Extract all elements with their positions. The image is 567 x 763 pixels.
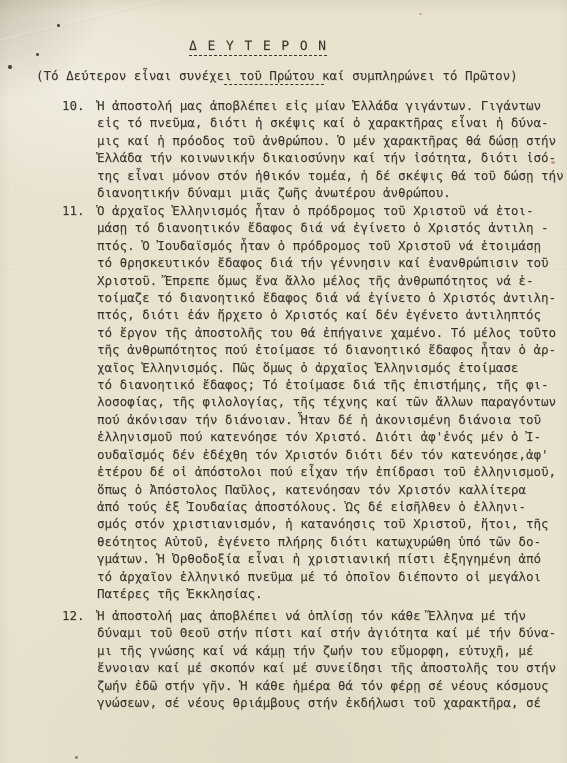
paragraph-line: Ἡ ἀποστολή μας ἀποβλέπει νά ὁπλίσῃ τόν κ… bbox=[97, 607, 562, 624]
paragraph-12: 12. Ἡ ἀποστολή μας ἀποβλέπει νά ὁπλίσῃ τ… bbox=[62, 607, 562, 711]
paragraph-10: 10. Ἡ ἀποστολή μας ἀποβλέπει εἰς μίαν Ἑλ… bbox=[62, 97, 562, 201]
paragraph-line: μάσῃ τό διανοητικόν ἔδαφος διά νά ἐγίνετ… bbox=[97, 219, 562, 236]
paragraph-line: δύναμι τοῦ Θεοῦ στήν πίστι καί στήν ἁγιό… bbox=[97, 624, 562, 641]
paragraph-line: πτός, διότι ἐάν ἤρχετο ὁ Χριστός καί δέν… bbox=[97, 306, 562, 323]
subtitle-underline bbox=[224, 84, 324, 85]
paragraph-line: μι τῆς γνώσης καί νά κάμῃ τήν ζωήν του ε… bbox=[97, 642, 562, 659]
paragraph-line: θεότητος Αὐτοῦ, ἐγένετο πλήρης διότι κατ… bbox=[97, 533, 562, 550]
paragraph-line: γνώσεων, σέ νέους θριάμβους στήν ἐκδήλωσ… bbox=[97, 694, 562, 711]
paper-speck bbox=[419, 13, 422, 15]
paragraph-line: ἑλληνισμοῦ πού κατενόησε τόν Χριστό. Διό… bbox=[97, 428, 562, 445]
paragraph-line: τῆς ἀνθρωπότητος πού ἑτοίμασε τό διανοητ… bbox=[97, 341, 562, 358]
paper-speck bbox=[57, 24, 60, 27]
paragraph-line: ζωήν ἐδῶ στήν γῆν. Ἡ κάθε ἡμέρα θά τόν φ… bbox=[97, 677, 562, 694]
paragraph-line: εἰς τό πνεῦμα, διότι ἡ σκέψις καί ὁ χαρα… bbox=[97, 114, 562, 131]
paragraph-line: Ἑλλάδα τήν κοινωνικήν δικαιοσύνην καί τή… bbox=[97, 149, 562, 166]
paragraph-line: ἑτέρου δέ οἱ ἀπόστολοι πού εἶχαν τήν ἐπί… bbox=[97, 463, 562, 480]
paragraph-number: 11. bbox=[62, 202, 85, 219]
paragraph-line: Χριστοῦ. Ἔπρεπε ὅμως ἕνα ἄλλο μέλος τῆς … bbox=[97, 272, 562, 289]
paragraph-line: ὅπως ὁ Ἀπόστολος Παῦλος, κατενόησαν τόν … bbox=[97, 481, 562, 498]
paragraph-line: Πατέρες τῆς Ἐκκλησίας. bbox=[97, 585, 562, 602]
page-subtitle: (Τό Δεύτερον εἶναι συνέχει τοῦ Πρώτου κα… bbox=[36, 68, 518, 83]
paragraph-line: χαῖος Ἑλληνισμός. Πῶς ὅμως ὁ ἀρχαῖος Ἑλλ… bbox=[97, 359, 562, 376]
paper-speck bbox=[36, 53, 39, 56]
paragraph-line: πού ἀκόνισαν τήν διάνοιαν. Ἦταν δέ ἡ ἀκο… bbox=[97, 411, 562, 428]
paragraph-line: ἔννοιαν καί μέ σκοπόν καί μέ συνείδησι τ… bbox=[97, 659, 562, 676]
paragraph-line: τό ἀρχαῖον ἑλληνικό πνεῦμα μέ τό ὁποῖον … bbox=[97, 568, 562, 585]
paragraph-line: Ὁ ἀρχαῖος Ἑλληνισμός ἦταν ὁ πρόδρομος το… bbox=[97, 202, 562, 219]
paragraph-11: 11. Ὁ ἀρχαῖος Ἑλληνισμός ἦταν ὁ πρόδρομο… bbox=[62, 202, 562, 602]
paragraph-line: τοίμαζε τό διανοητικό ἔδαφος διά νά ἐγίν… bbox=[97, 289, 562, 306]
page-title: Δ Ε Υ Τ Ε Ρ Ο Ν bbox=[189, 39, 327, 56]
paragraph-number: 10. bbox=[62, 97, 85, 114]
paragraph-line: μις καί ἡ πρόοδος τοῦ ἀνθρώπου. Ὁ μέν χα… bbox=[97, 132, 562, 149]
paragraph-line: πτός. Ὁ Ἰουδαϊσμός ἦταν ὁ πρόδρομος τοῦ … bbox=[97, 237, 562, 254]
paragraph-line: σμός στόν χριστιανισμόν, ἡ κατανόησις το… bbox=[97, 515, 562, 532]
paragraph-line: ἀπό τούς ἐξ Ἰουδαίας ἀποστόλους. Ὡς δέ ε… bbox=[97, 498, 562, 515]
paper-speck bbox=[75, 756, 78, 759]
paragraph-line: Ἡ ἀποστολή μας ἀποβλέπει εἰς μίαν Ἑλλάδα… bbox=[97, 97, 562, 114]
paragraph-line: λοσοφίας, τῆς φιλολογίας, τῆς τέχνης καί… bbox=[97, 393, 562, 410]
paragraph-line: ουδαϊσμός δέν ἐδέχθη τόν Χριστόν διότι δ… bbox=[97, 446, 562, 463]
paragraph-line: τό ἔργον τῆς ἀποστολῆς του θά ἐπήγαινε χ… bbox=[97, 324, 562, 341]
paragraph-number: 12. bbox=[62, 607, 85, 624]
paragraph-line: τό διανοητικό ἔδαφος; Τό ἑτοίμασε διά τῆ… bbox=[97, 376, 562, 393]
paper-speck bbox=[8, 65, 12, 69]
paragraph-line: διανοητικήν δύναμι μιᾶς ζωῆς ἀνωτέρου ἀν… bbox=[97, 184, 562, 201]
paragraph-line: γμάτων. Ἡ Ὀρθοδοξία εἶναι ἡ χριστιανική … bbox=[97, 550, 562, 567]
paragraph-line: τό θρησκευτικόν ἔδαφος διά τήν γέννησιν … bbox=[97, 254, 562, 271]
paragraph-line: της εἶναι μόνον στόν ἠθικόν τομέα, ἡ δέ … bbox=[97, 167, 562, 184]
